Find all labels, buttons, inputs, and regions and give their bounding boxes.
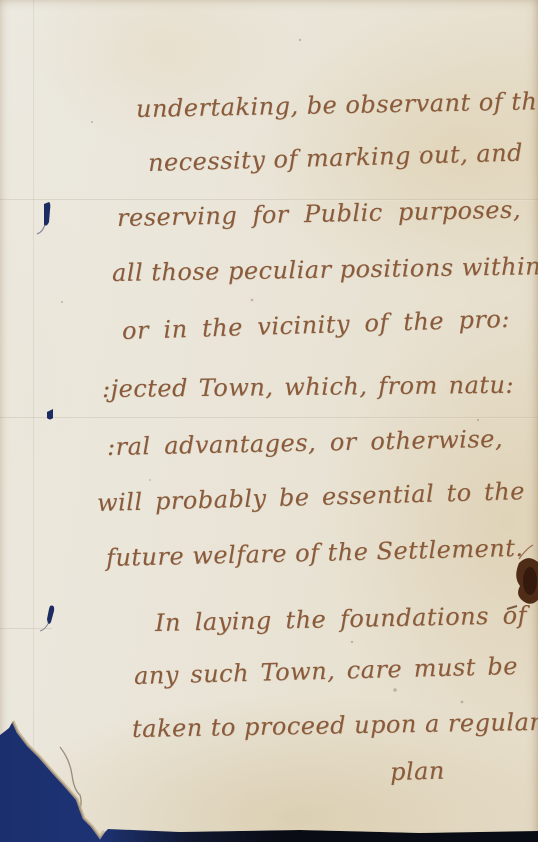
manuscript-line: or in the vicinity of the pro: (122, 304, 511, 346)
manuscript-line: undertaking, be observant of the (136, 87, 527, 124)
manuscript-line: all those peculiar positions within, (112, 251, 526, 287)
manuscript-page: undertaking, be observant of the necessi… (0, 0, 538, 842)
manuscript-line: taken to proceed upon a regular (132, 707, 520, 744)
manuscript-line: In laying the foundations of (155, 600, 528, 638)
manuscript-line: any such Town, care must be (134, 651, 519, 691)
fold-crease-lower-left (0, 628, 52, 630)
manuscript-line: will probably be essential to the (97, 476, 526, 518)
manuscript-line: :ral advantages, or otherwise, (107, 424, 504, 462)
photo-backing: undertaking, be observant of the necessi… (0, 0, 538, 842)
manuscript-line: future welfare of the Settlement. (106, 533, 515, 573)
fold-crease-middle (0, 417, 538, 419)
manuscript-line: :jected Town, which, from natu: (102, 370, 514, 404)
catchword: plan (390, 756, 446, 787)
manuscript-line: necessity of marking out, and (148, 138, 523, 178)
fold-crease-vertical (33, 0, 34, 842)
